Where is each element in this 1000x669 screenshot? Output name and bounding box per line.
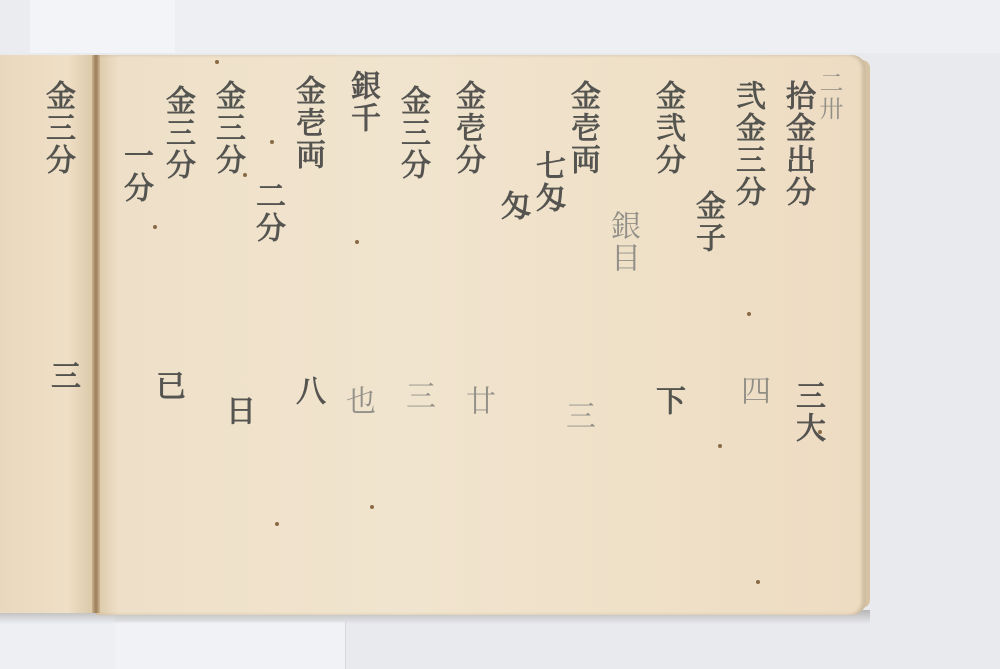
background-panel <box>175 0 1000 53</box>
text-column: 三 <box>45 360 79 392</box>
text-column: 金子 <box>690 190 724 254</box>
text-column: 銀千 <box>345 70 379 134</box>
text-column: 匁 <box>495 190 529 222</box>
worm-hole <box>270 140 274 144</box>
text-column: 金壱分 <box>450 80 484 176</box>
worm-hole <box>275 522 279 526</box>
background-panel <box>115 622 346 669</box>
worm-hole <box>215 60 219 64</box>
text-column: 金三分 <box>40 80 74 176</box>
text-column: 拾金出分 <box>780 80 814 208</box>
text-column: 二卅 <box>812 70 846 122</box>
worm-hole <box>243 173 247 177</box>
text-column: 四 <box>735 375 769 407</box>
text-column: 已 <box>150 370 184 402</box>
text-column: 三 <box>400 380 434 412</box>
text-column: 廿 <box>460 385 494 417</box>
text-column: 金三分 <box>160 85 194 181</box>
text-column: 銀目 <box>605 210 639 274</box>
text-column: 日 <box>220 395 254 427</box>
text-column: 金三分 <box>395 85 429 181</box>
worm-hole <box>756 580 760 584</box>
text-column: 下 <box>650 385 684 417</box>
text-column: 也 <box>340 385 374 417</box>
worm-hole <box>818 430 822 434</box>
text-column: 三 <box>560 400 594 432</box>
text-column: 二分 <box>250 180 284 244</box>
book-spine-gutter <box>92 55 100 613</box>
text-column: 七匁 <box>530 150 564 214</box>
background-panel <box>30 0 176 53</box>
worm-hole <box>153 225 157 229</box>
text-column: 金弐分 <box>650 80 684 176</box>
worm-hole <box>718 444 722 448</box>
text-column: 弐金三分 <box>730 80 764 208</box>
text-column: 八 <box>290 375 324 407</box>
text-column: 金壱両 <box>565 80 599 176</box>
text-column: 三大 <box>790 380 824 444</box>
worm-hole <box>355 240 359 244</box>
text-column: 金三分 <box>210 80 244 176</box>
text-column: 金壱両 <box>290 75 324 171</box>
background-top-left <box>0 0 30 53</box>
text-column: 一分 <box>118 140 152 204</box>
worm-hole <box>370 505 374 509</box>
worm-hole <box>747 312 751 316</box>
